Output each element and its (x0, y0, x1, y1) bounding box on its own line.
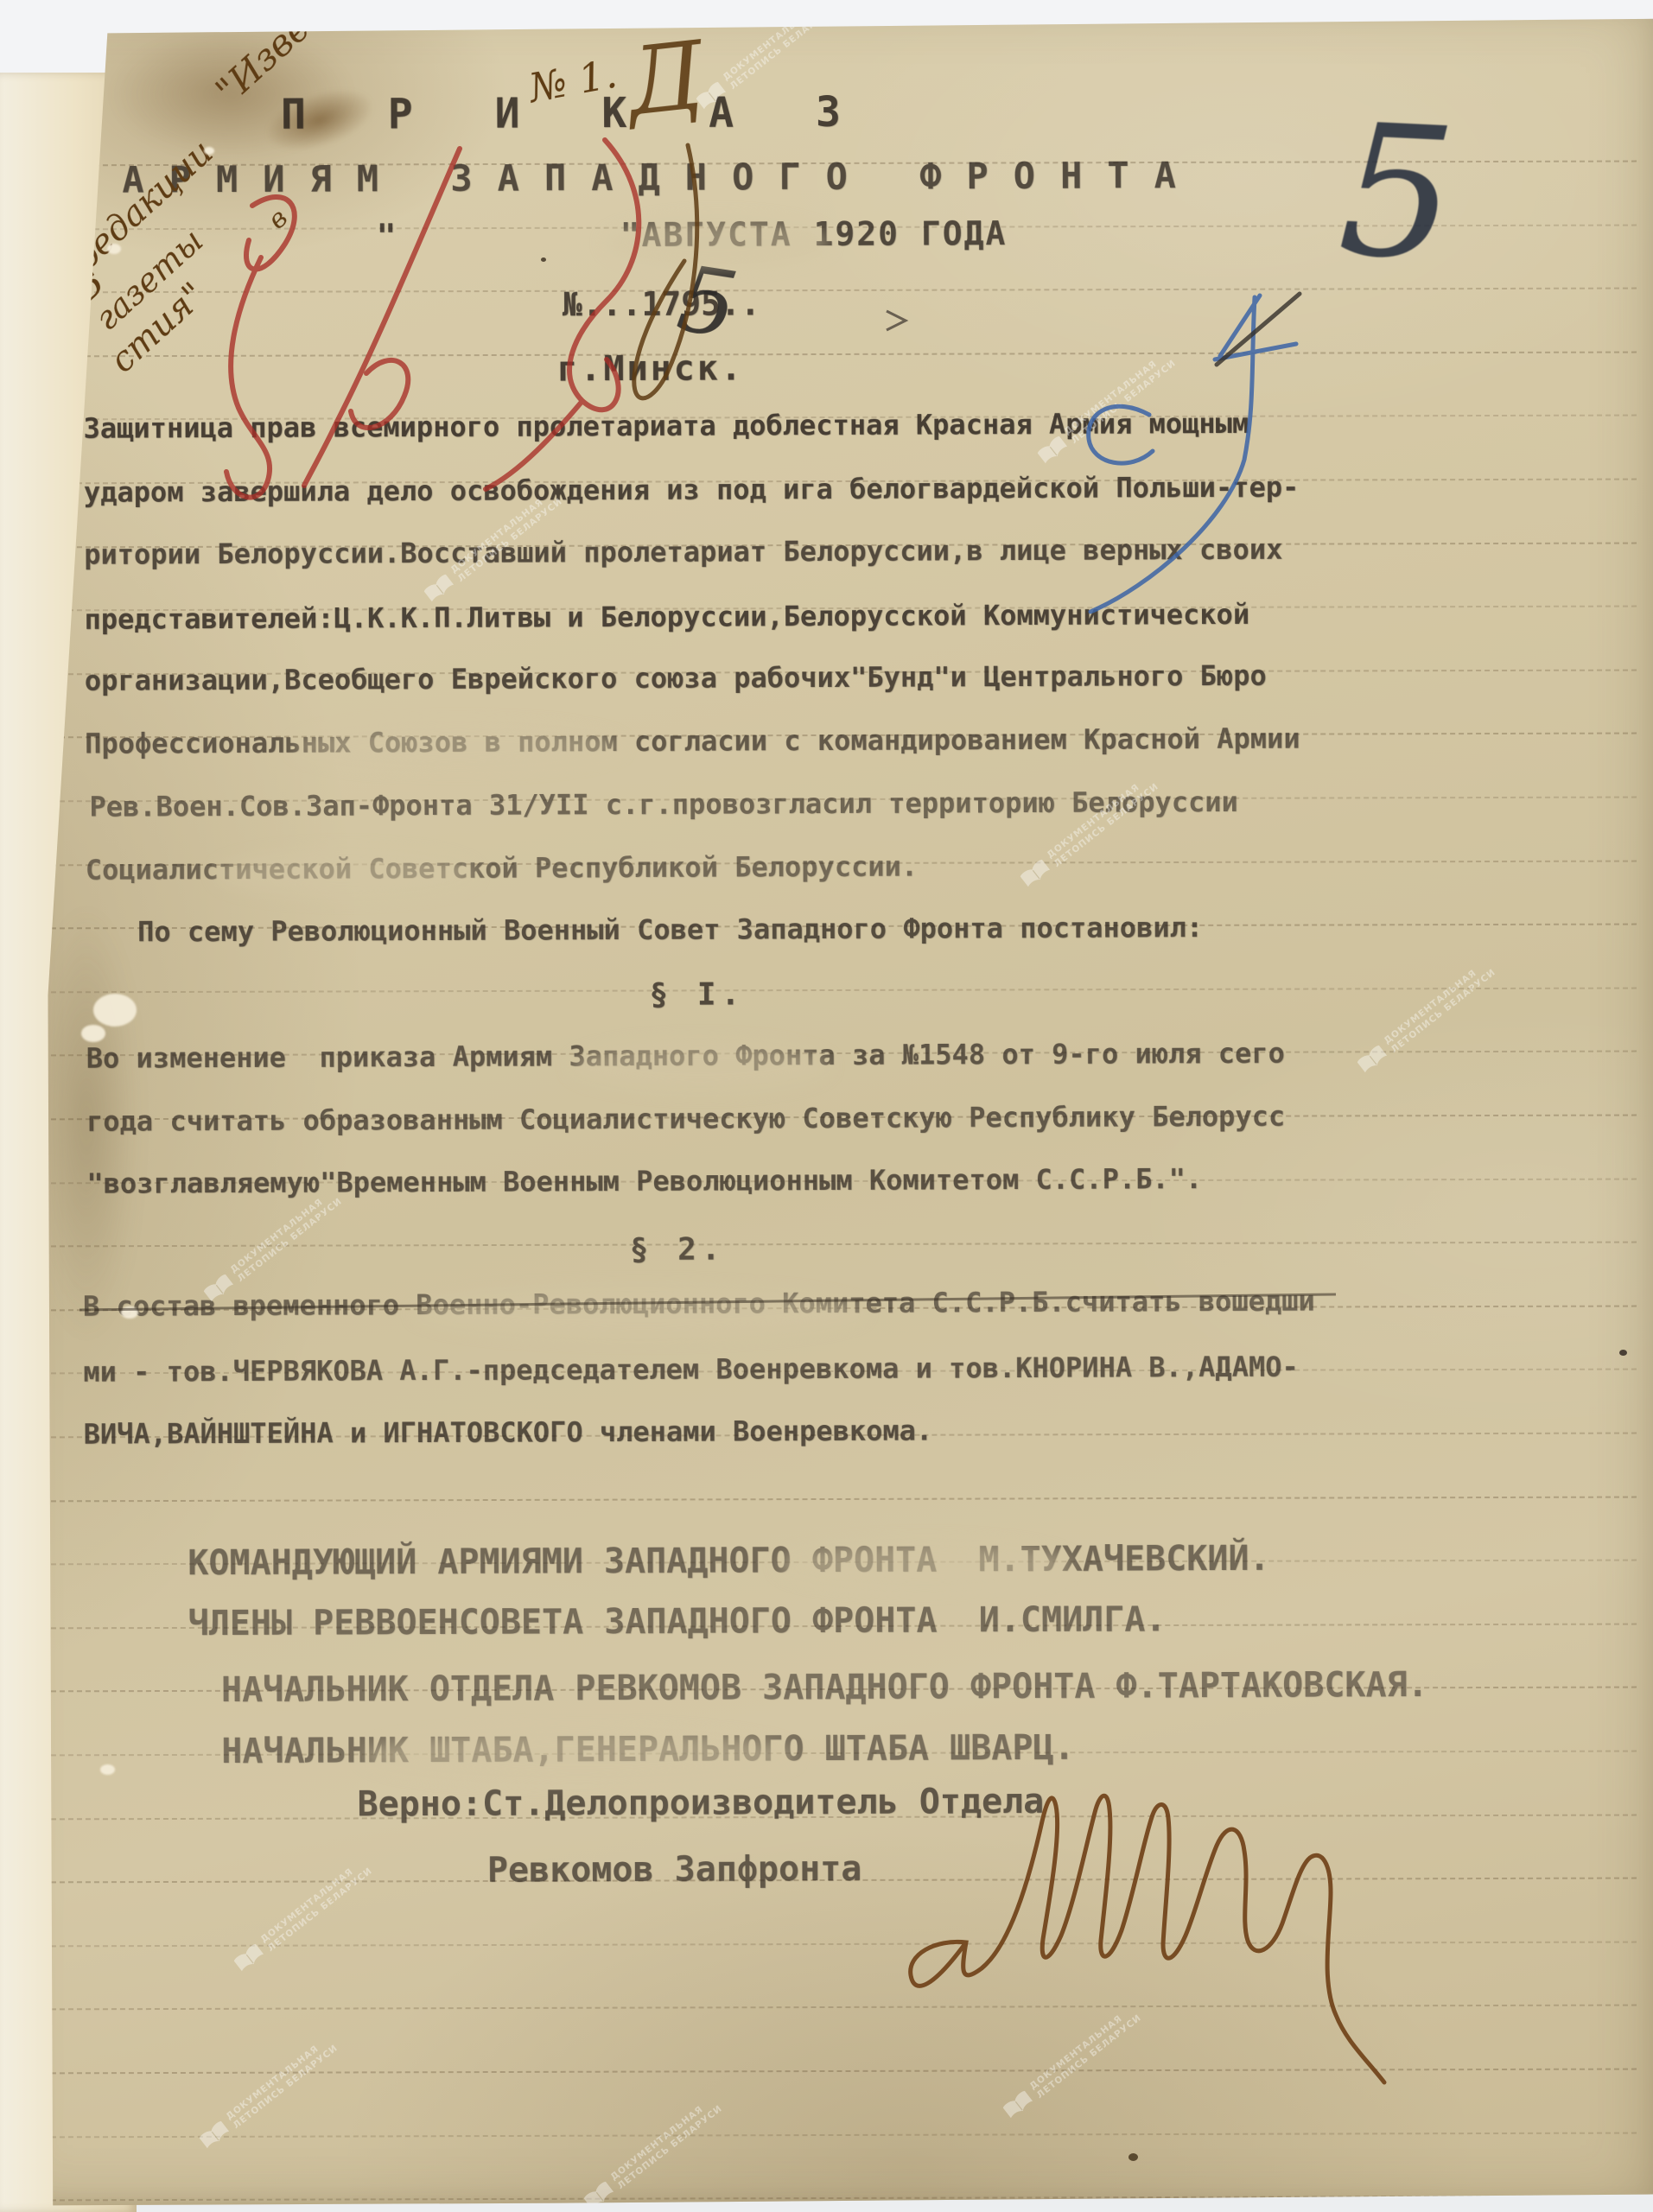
body-line-struck: В состав временного Военно-Революционног… (83, 1287, 1315, 1320)
signature-line-staff-chief: НАЧАЛЬНИК ШТАБА,ГЕНЕРАЛЬНОГО ШТАБА ШВАРЦ… (221, 1731, 1075, 1769)
dirt-speck (1619, 1350, 1627, 1356)
body-line: Защитница прав всемирного пролетариата д… (84, 410, 1249, 442)
scanned-archive-page: { "header": { "title": "П Р И К А З", "a… (0, 0, 1653, 2212)
body-line: ударом завершила дело освобождения из по… (84, 474, 1300, 506)
dirt-speck (1128, 2153, 1138, 2161)
page-number-annotation: 5 (1335, 100, 1459, 287)
body-line: представителей:Ц.К.К.П.Литвы и Белорусси… (84, 601, 1249, 633)
body-line: ВИЧА,ВАЙНШТЕЙНА и ИГНАТОВСКОГО членами В… (84, 1416, 933, 1447)
body-line: Социалистической Советской Республикой Б… (86, 853, 918, 884)
body-line: ми - тов.ЧЕРВЯКОВА А.Г.-председателем Во… (83, 1353, 1299, 1386)
body-line: года считать образованным Социалистическ… (86, 1103, 1285, 1135)
text-layer: П Р И К А З АРМИЯМ ЗАПАДНОГО ФРОНТА " "А… (0, 0, 1653, 2212)
body-line: Рев.Воен.Сов.Зап-Фронта 31/УII с.г.прово… (89, 788, 1237, 821)
paper-damage-spot (204, 147, 214, 155)
body-line: Во изменение приказа Армиям Западного Фр… (86, 1039, 1285, 1072)
body-line: "возглавляемую"Временным Военным Революц… (86, 1165, 1202, 1198)
certification-line: Верно:Ст.Делопроизводитель Отдела (357, 1784, 1044, 1821)
paper-damage-spot (107, 244, 121, 254)
paper-damage-spot (93, 994, 137, 1027)
paper-damage-spot (121, 1306, 138, 1319)
signature-line-commander: КОМАНДУЮЩИЙ АРМИЯМИ ЗАПАДНОГО ФРОНТА М.Т… (188, 1541, 1269, 1580)
section-2-mark: § 2. (630, 1235, 726, 1266)
body-line: По сему Революционный Военный Совет Запа… (137, 913, 1203, 945)
paper-damage-spot (81, 1025, 105, 1042)
body-line: ритории Белоруссии.Восставший пролетариа… (84, 536, 1282, 569)
date-open-quote: " (377, 219, 397, 252)
number-note-letter: Д (623, 29, 709, 130)
document-paper: П Р И К А З АРМИЯМ ЗАПАДНОГО ФРОНТА " "А… (0, 0, 1653, 2212)
margin-note-word: в (264, 205, 292, 234)
body-line: организации,Всеобщего Еврейского союза р… (85, 662, 1267, 695)
order-number-overwrite: 5 (672, 253, 743, 352)
signature-line-members: ЧЛЕНЫ РЕВВОЕНСОВЕТА ЗАПАДНОГО ФРОНТА И.С… (188, 1602, 1167, 1641)
order-date-line: "АВГУСТА 1920 ГОДА (620, 217, 1008, 251)
section-1-mark: § I. (649, 979, 745, 1010)
paper-damage-spot (100, 1764, 115, 1775)
body-line: Профессиональных Союзов в полном согласи… (85, 725, 1300, 758)
dirt-speck (541, 257, 546, 262)
signature-line-revkom-chief: НАЧАЛЬНИК ОТДЕЛА РЕВКОМОВ ЗАПАДНОГО ФРОН… (221, 1668, 1428, 1707)
order-addressee: АРМИЯМ ЗАПАДНОГО ФРОНТА (122, 157, 1201, 198)
certification-line: Ревкомов Запфронта (487, 1852, 862, 1888)
